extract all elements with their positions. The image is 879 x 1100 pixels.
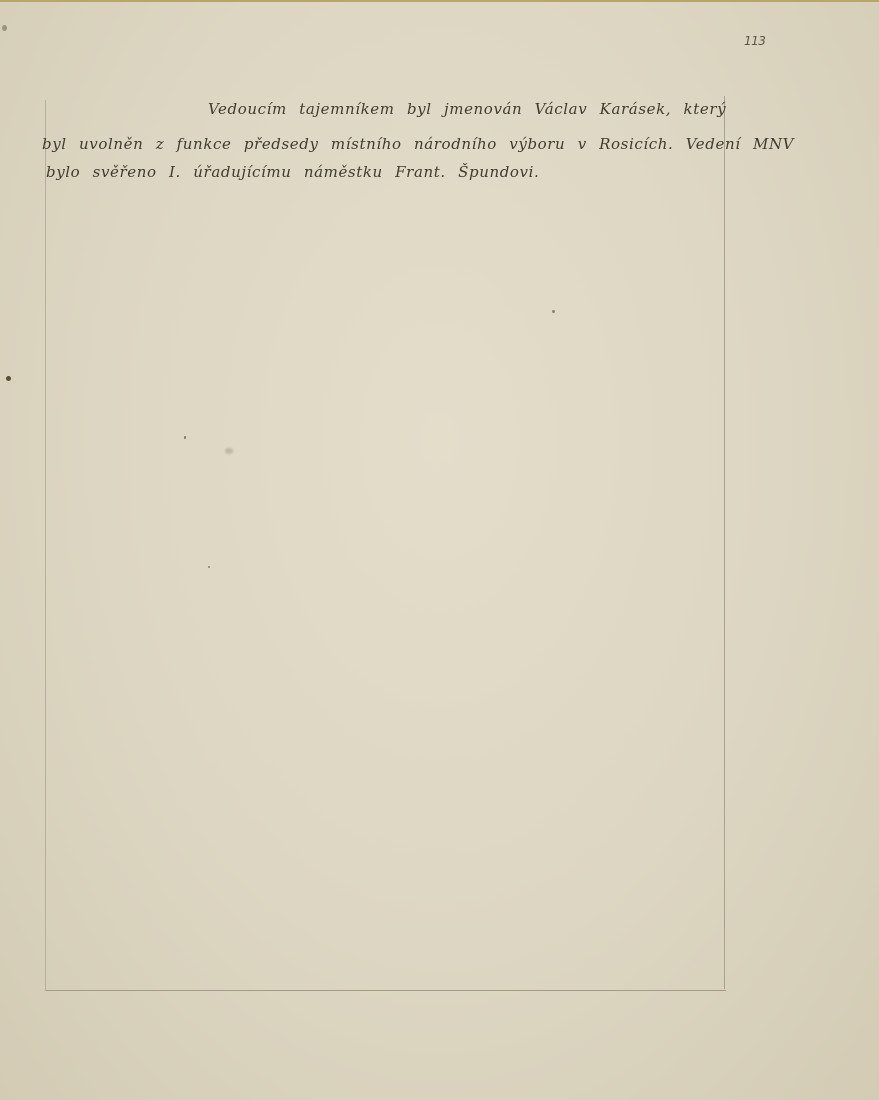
page-top-edge — [0, 0, 879, 2]
paper-stain — [2, 25, 7, 31]
paper-stain — [208, 566, 210, 568]
handwritten-line-3: bylo svěřeno I. úřadujícímu náměstku Fra… — [46, 163, 539, 181]
ruled-frame-right-line — [724, 96, 725, 989]
paper-stain — [184, 436, 186, 439]
paper-stain — [6, 376, 11, 381]
paper-stain — [552, 310, 555, 313]
page-number: 113 — [744, 34, 765, 48]
paper-stain — [225, 448, 233, 454]
chronicle-page: 113 Vedoucím tajemníkem byl jmenován Vác… — [0, 0, 879, 1100]
ruled-frame — [45, 100, 726, 991]
handwritten-line-1: Vedoucím tajemníkem byl jmenován Václav … — [208, 100, 726, 118]
handwritten-line-2: byl uvolněn z funkce předsedy místního n… — [42, 135, 794, 153]
